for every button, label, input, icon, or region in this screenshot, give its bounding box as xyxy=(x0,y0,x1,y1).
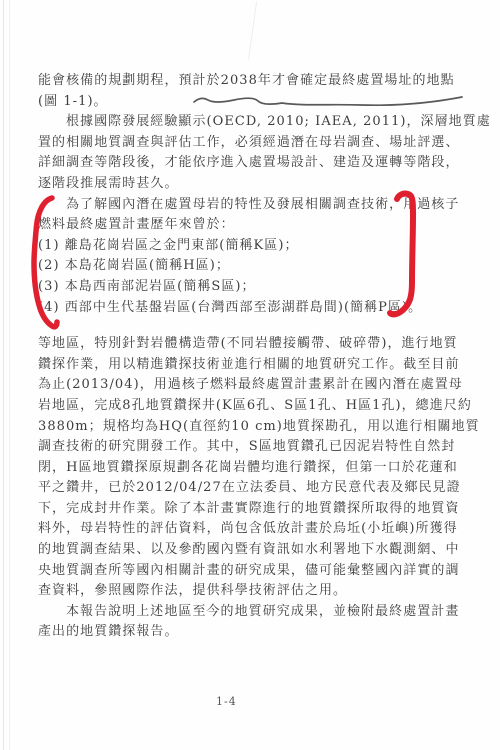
scanned-document-page: 能會核備的規劃期程，預計於2038年才會確定最終處置場址的地點(圖 1-1)。根… xyxy=(0,0,500,750)
text-line: 下，完成封井作業。除了本計畫實際進行的地質鑽探所取得的地質資 xyxy=(38,499,466,520)
text-line: 岩地區，完成8孔地質鑽探井(K區6孔、S區1孔、H區1孔)，總進尺約 xyxy=(38,396,466,417)
text-line: 燃料最終處置計畫歷年來曾於： xyxy=(38,215,466,236)
text-line: 的地質調查結果、以及參酌國內暨有資訊如水利署地下水觀測網、中 xyxy=(38,540,466,561)
text-line: 平之鑽井，已於2012/04/27在立法委員、地方民意代表及鄉民見證 xyxy=(38,478,466,499)
text-line: 置的相關地質調查與評估工作，必須經過潛在母岩調查、場址評選、 xyxy=(38,133,466,154)
text-line: (1) 離島花崗岩區之金門東部(簡稱K區)； xyxy=(38,236,466,257)
text-line: 等地區，特別針對岩體構造帶(不同岩體接觸帶、破碎帶)，進行地質 xyxy=(38,334,466,355)
text-line: 查資料，參照國際作法，提供科學技術評估之用。 xyxy=(38,581,466,602)
text-line: 本報告說明上述地區至今的地質研究成果，並檢附最終處置計畫 xyxy=(38,602,466,623)
text-line: 詳細調查等階段後，才能依序進入處置場設計、建造及運轉等階段， xyxy=(38,153,466,174)
text-line: 為止(2013/04)，用過核子燃料最終處置計畫累計在國內潛在處置母 xyxy=(38,375,466,396)
text-line: 3880m；規格均為HQ(直徑約10 cm)地質探勘孔，用以進行相關地質 xyxy=(38,417,466,438)
text-line: 為了解國內潛在處置母岩的特性及發展相關調查技術，用過核子 xyxy=(38,195,466,216)
text-line: 調查技術的研究開發工作。其中，S區地質鑽孔已因泥岩特性自然封 xyxy=(38,437,466,458)
text-line: 能會核備的規劃期程，預計於2038年才會確定最終處置場址的地點 xyxy=(38,71,466,92)
scan-edge-artifact xyxy=(3,0,4,750)
text-line: 根據國際發展經驗顯示(OECD, 2010; IAEA, 2011)，深層地質處 xyxy=(38,112,466,133)
text-line: 產出的地質鑽探報告。 xyxy=(38,622,466,643)
text-line: (2) 本島花崗岩區(簡稱H區)； xyxy=(38,256,466,277)
text-line: (圖 1-1)。 xyxy=(38,92,466,113)
page-number: 1-4 xyxy=(216,695,237,708)
text-line: 央地質調查所等國內相關計畫的研究成果，儘可能彙整國內詳實的調 xyxy=(38,561,466,582)
text-line: 鑽探作業，用以精進鑽探技術並進行相關的地質研究工作。截至目前 xyxy=(38,355,466,376)
text-line: 逐階段推展需時甚久。 xyxy=(38,174,466,195)
text-line: (4) 西部中生代基盤岩區(台灣西部至澎湖群島間)(簡稱P區)。 xyxy=(38,298,466,319)
scan-streak-artifact xyxy=(248,2,257,60)
text-line: 閉，H區地質鑽探原規劃各花崗岩體均進行鑽探，但第一口於花蓮和 xyxy=(38,458,466,479)
text-line: (3) 本島西南部泥岩區(簡稱S區)； xyxy=(38,277,466,298)
scan-edge-artifact xyxy=(9,0,10,750)
text-line: 料外，母岩特性的評估資料，尚包含低放計畫於烏坵(小坵嶼)所獲得 xyxy=(38,519,466,540)
document-body-text: 能會核備的規劃期程，預計於2038年才會確定最終處置場址的地點(圖 1-1)。根… xyxy=(38,71,466,643)
